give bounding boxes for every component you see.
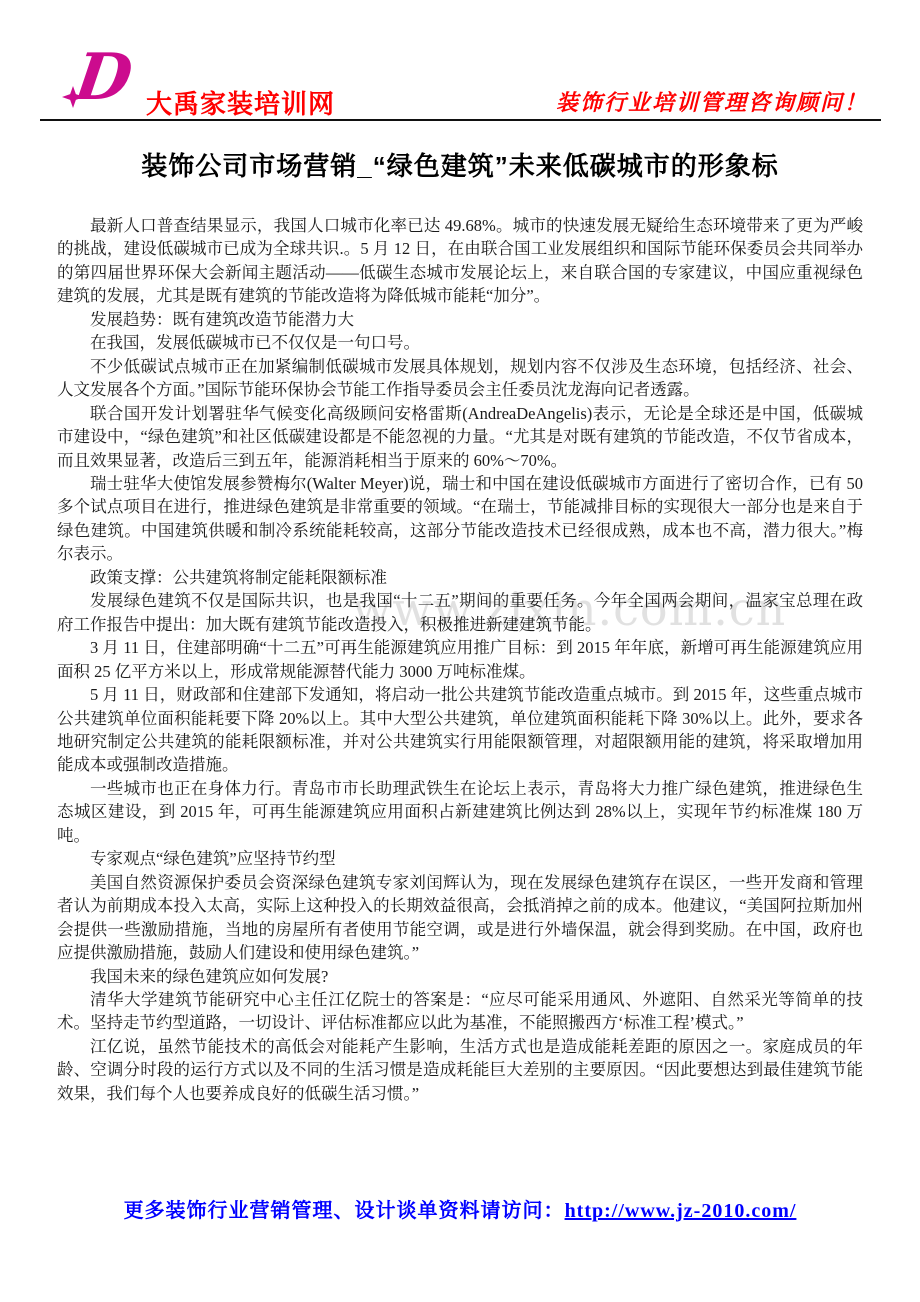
header-divider [40,119,881,121]
paragraph: 3 月 11 日，住建部明确“十二五”可再生能源建筑应用推广目标：到 2015 … [57,636,863,683]
page-title: 装饰公司市场营销_“绿色建筑”未来低碳城市的形象标 [0,146,920,183]
paragraph: 一些城市也正在身体力行。青岛市市长助理武铁生在论坛上表示，青岛将大力推广绿色建筑… [57,777,863,847]
paragraph: 5 月 11 日，财政部和住建部下发通知，将启动一批公共建筑节能改造重点城市。到… [57,683,863,777]
paragraph: 我国未来的绿色建筑应如何发展? [57,965,863,988]
footer-link[interactable]: http://www.jz-2010.com/ [565,1200,797,1222]
header-slogan: 装饰行业培训管理咨询顾问！ [556,86,868,117]
paragraph: 清华大学建筑节能研究中心主任江亿院士的答案是：“应尽可能采用通风、外遮阳、自然采… [57,988,863,1035]
paragraph: 瑞士驻华大使馆发展参赞梅尔(Walter Meyer)说，瑞士和中国在建设低碳城… [57,472,863,566]
paragraph: 发展绿色建筑不仅是国际共识，也是我国“十二五”期间的重要任务。今年全国两会期间，… [57,589,863,636]
paragraph: 最新人口普查结果显示，我国人口城市化率已达 49.68%。城市的快速发展无疑给生… [57,214,863,308]
footer: 更多装饰行业营销管理、设计谈单资料请访问：http://www.jz-2010.… [0,1194,920,1223]
logo-letter: D [72,46,136,110]
company-logo: D [62,52,142,124]
paragraph-subheading: 政策支撑：公共建筑将制定能耗限额标准 [57,566,863,589]
paragraph: 江亿说，虽然节能技术的高低会对能耗产生影响，生活方式也是造成能耗差距的原因之一。… [57,1035,863,1105]
article-body: 最新人口普查结果显示，我国人口城市化率已达 49.68%。城市的快速发展无疑给生… [57,214,863,1105]
paragraph: 不少低碳试点城市正在加紧编制低碳城市发展具体规划，规划内容不仅涉及生态环境，包括… [57,355,863,402]
brand-name: 大禹家装培训网 [146,84,335,121]
document-page: D 大禹家装培训网 装饰行业培训管理咨询顾问！ 装饰公司市场营销_“绿色建筑”未… [0,0,920,1302]
paragraph-subheading: 发展趋势：既有建筑改造节能潜力大 [57,308,863,331]
paragraph: 联合国开发计划署驻华气候变化高级顾问安格雷斯(AndreaDeAngelis)表… [57,402,863,472]
paragraph: 美国自然资源保护委员会资深绿色建筑专家刘闰辉认为，现在发展绿色建筑存在误区，一些… [57,871,863,965]
paragraph: 在我国，发展低碳城市已不仅仅是一句口号。 [57,331,863,354]
paragraph-subheading: 专家观点“绿色建筑”应坚持节约型 [57,847,863,870]
footer-text: 更多装饰行业营销管理、设计谈单资料请访问： [124,1200,565,1222]
